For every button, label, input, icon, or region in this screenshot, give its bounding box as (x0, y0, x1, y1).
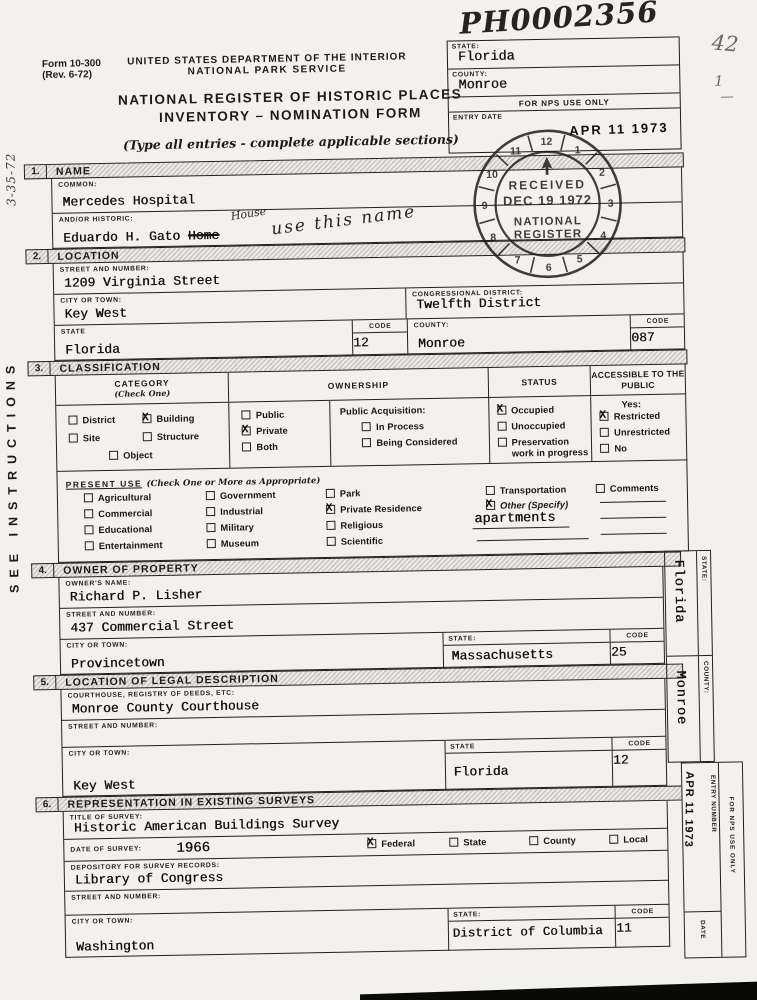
code-label: CODE (616, 905, 669, 919)
pencil-mark: — (721, 89, 734, 104)
sidebar-state-value: Florida (670, 559, 686, 623)
checkbox-icon (362, 438, 371, 447)
checkbox-federal: Federal (367, 838, 415, 850)
dial-number: 12 (541, 136, 553, 148)
checkbox-icon (327, 537, 336, 546)
city-value: Key West (64, 306, 127, 322)
street-label: STREET AND NUMBER: (71, 893, 161, 902)
county-code-value: 087 (631, 330, 655, 345)
ownership-header: OWNERSHIP (229, 378, 487, 393)
checkbox-label: County (543, 835, 576, 847)
checkbox-label: Public (256, 410, 285, 422)
checkbox-label: Private Residence (340, 503, 422, 516)
checkbox-label: Transportation (500, 485, 567, 497)
checkbox-label: Object (123, 450, 153, 462)
other-specify-value: apartments (472, 511, 569, 530)
county-label: COUNTY: (414, 322, 449, 330)
dial-number: 9 (482, 200, 488, 212)
checkbox-label: Comments (610, 483, 659, 495)
checkbox-icon (69, 434, 78, 443)
checkbox-icon (600, 428, 609, 437)
checkbox-label: Entertainment (99, 540, 163, 552)
checkbox-county: County (529, 835, 576, 847)
state-cell: STATE Florida (55, 320, 353, 360)
checkbox-icon (326, 505, 335, 514)
common-name-label: COMMON: (58, 181, 97, 189)
section6-number: 6. (36, 798, 58, 811)
owner-name-value: Richard P. Lisher (70, 587, 203, 604)
checkbox-unoccupied: Unoccupied (497, 421, 565, 433)
code-label: CODE (353, 319, 407, 333)
checkbox-local: Local (609, 834, 648, 846)
section4-fields: OWNER'S NAME: Richard P. Lisher STREET A… (58, 567, 665, 675)
category-header-cell: CATEGORY (Check One) (56, 373, 229, 405)
category-cell: District Building Site Structure Object (56, 403, 230, 471)
checkbox-icon (596, 484, 605, 493)
section4-number: 4. (32, 564, 54, 577)
state-cell: STATE: Massachusetts (442, 630, 610, 668)
county-value: Monroe (458, 78, 507, 94)
checkbox-museum: Museum (207, 538, 260, 550)
section6-fields: TITLE OF SURVEY: Historic American Build… (63, 801, 671, 958)
dial-number: 1 (575, 144, 581, 156)
state-value: Florida (458, 49, 515, 65)
checkbox-label: Site (83, 433, 101, 444)
sidebar-county-label: COUNTY: (702, 661, 710, 694)
accessible-header-cell: ACCESSIBLE TO THE PUBLIC (590, 364, 685, 395)
nps-use-only-cell: FOR NPS USE ONLY (718, 762, 746, 956)
see-instructions-note: SEE INSTRUCTIONS (3, 359, 22, 659)
checkbox-label: Scientific (341, 536, 384, 548)
sidebar-nps-box: APR 11 1973 ENTRY NUMBER DATE FOR NPS US… (681, 761, 747, 958)
checkbox-comments: Comments (596, 483, 659, 495)
dial-number: 5 (577, 253, 583, 265)
checkbox-unrestricted: Unrestricted (600, 427, 670, 439)
divider (330, 401, 332, 466)
checkbox-private-residence: Private Residence (326, 503, 422, 516)
courthouse-value: Monroe County Courthouse (72, 698, 259, 716)
city-label: CITY OR TOWN: (60, 297, 121, 305)
state-label: STATE (445, 738, 612, 754)
owner-name-label: OWNER'S NAME: (65, 580, 131, 588)
state-code-value: 12 (353, 335, 369, 350)
checkbox-label: Industrial (220, 506, 263, 518)
section5-number: 5. (34, 676, 56, 689)
checkbox-icon (85, 541, 94, 550)
pencil-mark: 42 (711, 30, 740, 56)
blank-line (600, 501, 666, 503)
date-cell: DATE (685, 911, 722, 958)
checkbox-icon (600, 412, 609, 421)
checkbox-private: Private (242, 426, 288, 438)
checkbox-icon (498, 438, 507, 447)
blank-line (600, 517, 666, 519)
ownership-cell: Public Private Both Public Acquisition: … (229, 398, 489, 468)
state-row: STATE: Florida (448, 37, 679, 69)
checkbox-label: Commercial (98, 508, 152, 520)
dial-number: 4 (600, 230, 606, 242)
checkbox-icon (84, 525, 93, 534)
county-row: COUNTY: Monroe (448, 65, 679, 97)
district-value: Twelfth District (416, 295, 541, 312)
entry-number-cell: APR 11 1973 ENTRY NUMBER (682, 763, 721, 912)
survey-date-label: DATE OF SURVEY: (70, 845, 141, 853)
checkbox-label: Park (340, 488, 361, 500)
sidebar-county-label-cell: COUNTY: (698, 656, 714, 761)
checkbox-icon (449, 838, 458, 847)
city-cell: CITY OR TOWN: Key West (62, 741, 445, 797)
category-subheader: (Check One) (56, 387, 229, 400)
street-value: 437 Commercial Street (70, 618, 234, 636)
checkbox-label: Both (256, 442, 278, 454)
checkbox-icon (486, 501, 495, 510)
sidebar-entry-column: APR 11 1973 ENTRY NUMBER DATE (682, 763, 722, 958)
dial-number: 10 (486, 169, 498, 181)
checkbox-icon (84, 493, 93, 502)
dial-number: 3 (608, 198, 614, 210)
entry-number-label: ENTRY NUMBER (709, 775, 717, 833)
checkbox-icon (367, 839, 376, 848)
arrow-icon (541, 157, 552, 175)
scanned-form-page: Form 10-300 (Rev. 6-72) UNITED STATES DE… (0, 0, 757, 1000)
checkbox-icon (68, 416, 77, 425)
checkbox-label: District (82, 415, 115, 427)
historic-name-label: AND/OR HISTORIC: (59, 215, 134, 223)
state-value: Massachusetts (451, 647, 553, 664)
dial-number: 8 (490, 232, 496, 244)
checkbox-icon (142, 414, 151, 423)
dial-number: 6 (546, 262, 552, 274)
checkbox-state: State (449, 837, 486, 849)
checkbox-icon (486, 486, 495, 495)
depository-value: Library of Congress (75, 870, 223, 888)
stamp-received-text: RECEIVED (508, 177, 586, 192)
city-label: CITY OR TOWN: (67, 642, 128, 650)
code-label: CODE (611, 629, 664, 643)
checkbox-both: Both (242, 442, 278, 454)
common-name-value: Mercedes Hospital (62, 192, 195, 209)
checkbox-park: Park (326, 488, 361, 500)
received-stamp-graphic: 12 1 2 3 4 5 6 7 8 9 10 11 RECEIVED DEC … (470, 126, 625, 281)
checkbox-building: Building (142, 413, 194, 425)
date-label: DATE (699, 920, 706, 939)
checkbox-label: Museum (221, 538, 260, 550)
sidebar-state-label-cell: STATE: (696, 551, 712, 655)
checkbox-icon (242, 410, 251, 419)
checkbox-site: Site (69, 433, 101, 445)
checkbox-religious: Religious (326, 520, 383, 532)
yes-label: Yes: (621, 399, 641, 411)
historic-name-value: Eduardo H. Gato Home (63, 228, 219, 246)
county-value: Monroe (418, 335, 465, 351)
status-header-cell: STATUS (487, 366, 590, 397)
sidebar-county-box: Monroe COUNTY: (666, 656, 715, 763)
checkbox-label: Unoccupied (511, 421, 565, 433)
checkbox-label: Building (156, 413, 194, 425)
state-cell: STATE: District of Columbia (447, 906, 615, 951)
code-value: 11 (616, 920, 632, 935)
state-value: Florida (65, 342, 120, 358)
checkbox-label: Preservation work in progress (512, 436, 590, 460)
city-value: Washington (76, 938, 154, 954)
checkbox-icon (242, 426, 251, 435)
present-use-subtitle: (Check One or More as Appropriate) (147, 476, 321, 489)
agency-block: UNITED STATES DEPARTMENT OF THE INTERIOR… (72, 50, 462, 79)
sidebar-state-value-cell: Florida (665, 551, 698, 656)
street-label: STREET AND NUMBER: (60, 265, 150, 274)
street-label: STREET AND NUMBER: (66, 610, 156, 619)
checkbox-label: Military (220, 522, 254, 534)
checkbox-icon (362, 422, 371, 431)
struck-word: Home (188, 228, 219, 244)
checkbox-label: Religious (340, 520, 383, 532)
checkbox-label: Government (220, 490, 276, 502)
checkbox-icon (143, 432, 152, 441)
type-instruction: (Type all entries - complete applicable … (68, 130, 513, 153)
checkbox-label: Structure (157, 431, 199, 443)
code-cell: CODE 11 (615, 905, 670, 948)
sidebar-county-value-cell: Monroe (667, 656, 700, 762)
margin-handwritten-date: 3-35-72 (4, 153, 20, 248)
checkbox-public: Public (242, 410, 285, 422)
ownership-header-cell: OWNERSHIP (228, 368, 488, 402)
checkbox-occupied: Occupied (497, 405, 554, 417)
checkbox-restricted: Restricted (600, 411, 661, 423)
state-label: STATE (61, 328, 86, 335)
checkbox-label: Local (623, 834, 648, 846)
checkbox-icon (207, 539, 216, 548)
city-value: Provincetown (71, 655, 165, 672)
checkbox-icon (242, 442, 251, 451)
checkbox-icon (206, 491, 215, 500)
state-label: STATE: (443, 630, 610, 646)
code-label: CODE (613, 737, 666, 751)
acquisition-label: Public Acquisition: (340, 405, 426, 418)
received-stamp: 12 1 2 3 4 5 6 7 8 9 10 11 RECEIVED DEC … (470, 126, 625, 281)
checkbox-district: District (68, 415, 115, 427)
checkbox-icon (529, 836, 538, 845)
county-cell: COUNTY: Monroe (407, 315, 631, 354)
survey-date-value: 1966 (176, 840, 210, 857)
checkbox-industrial: Industrial (206, 506, 263, 518)
blank-line (601, 533, 667, 535)
checkbox-icon (609, 835, 618, 844)
checkbox-icon (206, 523, 215, 532)
present-use-header: PRESENT USE (Check One or More as Approp… (65, 470, 320, 493)
dial-number: 2 (599, 167, 605, 179)
checkbox-label: State (463, 837, 486, 849)
city-value: Key West (73, 778, 136, 794)
checkbox-transportation: Transportation (486, 485, 567, 498)
checkbox-label: In Process (376, 421, 424, 433)
checkbox-label: Being Considered (376, 437, 457, 450)
checkbox-no: No (600, 443, 627, 455)
checkbox-icon (326, 521, 335, 530)
checkbox-icon (497, 422, 506, 431)
page-title: NATIONAL REGISTER OF HISTORIC PLACES INV… (68, 85, 514, 126)
entry-date-label: ENTRY DATE (453, 114, 503, 122)
present-use-title: PRESENT USE (66, 478, 143, 489)
checkbox-label: Restricted (614, 411, 661, 423)
code-value: 12 (613, 752, 629, 767)
checkbox-icon (326, 489, 335, 498)
stamp-date-text: DEC 19 1972 (503, 192, 592, 209)
city-cell: CITY OR TOWN: Washington (66, 909, 448, 958)
sidebar-nps-label: FOR NPS USE ONLY (727, 797, 735, 874)
form-sheet: Form 10-300 (Rev. 6-72) UNITED STATES DE… (0, 0, 757, 1000)
code-cell: CODE 12 (612, 737, 667, 787)
congressional-district-cell: CONGRESSIONAL DISTRICT: Twelfth District (405, 283, 684, 318)
section1-number: 1. (25, 165, 47, 178)
checkbox-label: Educational (98, 524, 152, 536)
checkbox-government: Government (206, 490, 276, 502)
checkbox-commercial: Commercial (84, 508, 152, 520)
sidebar-county-value: Monroe (672, 670, 688, 725)
stamp-org-line2: REGISTER (514, 228, 583, 241)
checkbox-icon (109, 451, 118, 460)
state-label: STATE: (448, 906, 615, 922)
code-cell: CODE 25 (610, 629, 664, 665)
handwritten-id: PH0002356 (458, 0, 659, 41)
state-code-cell: CODE 12 (352, 319, 407, 355)
sidebar-state-box: Florida STATE: (664, 550, 713, 657)
present-use-box: PRESENT USE (Check One or More as Approp… (56, 460, 689, 563)
checkbox-object: Object (109, 450, 153, 462)
checkbox-label: Unrestricted (614, 427, 670, 439)
accessible-cell: Yes: Restricted Unrestricted No (590, 394, 686, 461)
state-cell: STATE Florida (444, 738, 612, 790)
section2-number: 2. (26, 250, 48, 263)
checkbox-educational: Educational (84, 524, 152, 536)
classification-body-row: District Building Site Structure Object … (56, 394, 686, 471)
dial-number: 11 (510, 145, 521, 157)
checkbox-preservation: Preservation work in progress (498, 436, 590, 460)
city-label: CITY OR TOWN: (69, 750, 130, 758)
code-value: 25 (611, 644, 627, 659)
checkbox-entertainment: Entertainment (85, 540, 163, 553)
checkbox-agricultural: Agricultural (84, 492, 152, 504)
checkbox-icon (206, 507, 215, 516)
classification-table: CATEGORY (Check One) OWNERSHIP STATUS AC… (55, 364, 688, 472)
checkbox-label: Occupied (511, 405, 554, 417)
checkbox-label: No (614, 443, 627, 454)
checkbox-military: Military (206, 522, 254, 534)
status-header: STATUS (488, 376, 590, 388)
section3-number: 3. (28, 362, 50, 375)
checkbox-structure: Structure (143, 431, 199, 443)
sidebar-state-label: STATE: (700, 556, 707, 582)
street-label: STREET AND NUMBER: (68, 722, 158, 731)
checkbox-label: Agricultural (98, 492, 152, 504)
checkbox-icon (84, 509, 93, 518)
stamp-org-line1: NATIONAL (514, 215, 582, 228)
checkbox-icon (600, 444, 609, 453)
code-label: CODE (631, 314, 684, 328)
pencil-mark: 1 (714, 74, 723, 90)
checkbox-icon (497, 406, 506, 415)
street-value: 1209 Virginia Street (64, 273, 220, 291)
blank-line (477, 538, 589, 541)
accessible-header: ACCESSIBLE TO THE PUBLIC (591, 368, 685, 392)
checkbox-being-considered: Being Considered (362, 437, 457, 450)
checkbox-label: Private (256, 426, 288, 438)
checkbox-in-process: In Process (362, 421, 424, 433)
checkbox-scientific: Scientific (327, 536, 384, 548)
entry-number-stamp: APR 11 1973 (682, 771, 695, 848)
state-value: Florida (454, 764, 509, 780)
section5-fields: COURTHOUSE, REGISTRY OF DEEDS, ETC: Monr… (60, 679, 667, 797)
county-code-cell: CODE 087 (630, 314, 684, 350)
city-label: CITY OR TOWN: (72, 918, 133, 926)
checkbox-label: Federal (381, 838, 415, 850)
status-cell: Occupied Unoccupied Preservation work in… (488, 396, 592, 463)
dial-number: 7 (515, 254, 521, 266)
state-value: District of Columbia (453, 924, 603, 941)
